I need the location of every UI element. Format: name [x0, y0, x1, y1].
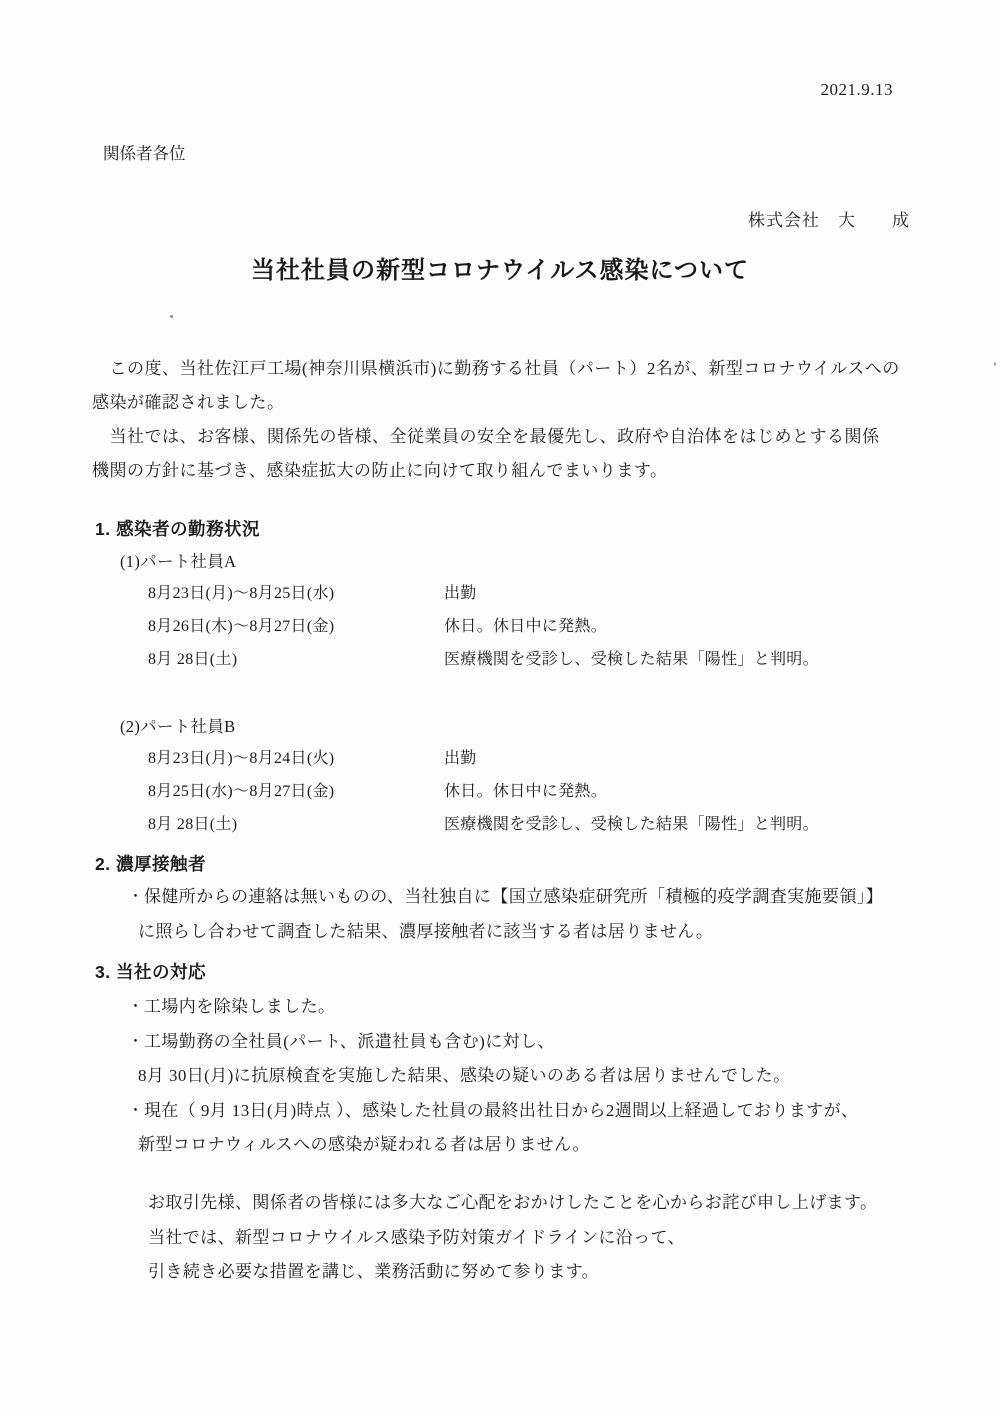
- section-3-heading: 3. 当社の対応: [95, 959, 206, 984]
- bullet-line: に照らし合わせて調査した結果、濃厚接触者に該当する者は居りません。: [138, 915, 945, 950]
- schedule-row: 8月26日(木)〜8月27日(金) 休日。休日中に発熱。: [148, 610, 940, 643]
- bullet-line: 新型コロナウィルスへの感染が疑われる者は居りません。: [138, 1128, 945, 1163]
- scan-artifact-dot: [994, 362, 996, 366]
- schedule-period: 8月26日(木)〜8月27日(金): [148, 610, 444, 643]
- schedule-status: 休日。休日中に発熱。: [444, 775, 940, 808]
- bullet-icon: ・: [128, 1025, 144, 1060]
- schedule-row: 8月25日(水)〜8月27日(金) 休日。休日中に発熱。: [148, 775, 940, 808]
- bullet-line: 保健所からの連絡は無いものの、当社独自に【国立感染症研究所「積極的疫学調査実施要…: [144, 880, 945, 915]
- bullet-icon: ・: [128, 1094, 144, 1129]
- bullet-text: 工場内を除染しました。: [144, 990, 945, 1025]
- intro-line: 感染が確認されました。: [92, 386, 920, 420]
- schedule-period: 8月 28日(土): [148, 808, 444, 841]
- bullet-item: ・ 保健所からの連絡は無いものの、当社独自に【国立感染症研究所「積極的疫学調査実…: [128, 880, 945, 949]
- bullet-line: 8月 30日(月)に抗原検査を実施した結果、感染の疑いのある者は居りませんでした…: [138, 1059, 945, 1094]
- closing-line: お取引先様、関係者の皆様には多大なご心配をおかけしたことを心からお詫び申し上げま…: [148, 1186, 940, 1221]
- bullet-text: 工場勤務の全社員(パート、派遣社員も含む)に対し、 8月 30日(月)に抗原検査…: [144, 1025, 945, 1094]
- bullet-line: 現在（ 9月 13日(月)時点 ）、感染した社員の最終出社日から2週間以上経過し…: [144, 1094, 945, 1129]
- schedule-status: 医療機関を受診し、受検した結果「陽性」と判明。: [444, 643, 940, 676]
- recipient-line: 関係者各位: [103, 140, 186, 164]
- schedule-status: 出勤: [444, 742, 940, 775]
- schedule-row: 8月23日(月)〜8月25日(水) 出勤: [148, 577, 940, 610]
- intro-line: 機関の方針に基づき、感染症拡大の防止に向けて取り組んでまいります。: [92, 454, 920, 488]
- bullet-text: 保健所からの連絡は無いものの、当社独自に【国立感染症研究所「積極的疫学調査実施要…: [144, 880, 945, 949]
- schedule-period: 8月25日(水)〜8月27日(金): [148, 775, 444, 808]
- section-3-bullets: ・ 工場内を除染しました。 ・ 工場勤務の全社員(パート、派遣社員も含む)に対し…: [128, 990, 945, 1163]
- bullet-icon: ・: [128, 990, 144, 1025]
- document-date: 2021.9.13: [821, 80, 894, 100]
- intro-paragraph: この度、当社佐江戸工場(神奈川県横浜市)に勤務する社員（パート）2名が、新型コロ…: [92, 352, 920, 488]
- schedule-period: 8月 28日(土): [148, 643, 444, 676]
- schedule-table-a: 8月23日(月)〜8月25日(水) 出勤 8月26日(木)〜8月27日(金) 休…: [148, 577, 940, 676]
- bullet-item: ・ 工場内を除染しました。: [128, 990, 945, 1025]
- schedule-row: 8月23日(月)〜8月24日(火) 出勤: [148, 742, 940, 775]
- schedule-status: 出勤: [444, 577, 940, 610]
- schedule-row: 8月 28日(土) 医療機関を受診し、受検した結果「陽性」と判明。: [148, 808, 940, 841]
- schedule-row: 8月 28日(土) 医療機関を受診し、受検した結果「陽性」と判明。: [148, 643, 940, 676]
- section-2-bullets: ・ 保健所からの連絡は無いものの、当社独自に【国立感染症研究所「積極的疫学調査実…: [128, 880, 945, 949]
- schedule-table-b: 8月23日(月)〜8月24日(火) 出勤 8月25日(水)〜8月27日(金) 休…: [148, 742, 940, 841]
- intro-line: 当社では、お客様、関係先の皆様、全従業員の安全を最優先し、政府や自治体をはじめと…: [92, 420, 920, 454]
- closing-line: 引き続き必要な措置を講じ、業務活動に努めて参ります。: [148, 1255, 940, 1290]
- bullet-item: ・ 現在（ 9月 13日(月)時点 ）、感染した社員の最終出社日から2週間以上経…: [128, 1094, 945, 1163]
- section-1-heading: 1. 感染者の勤務状況: [95, 516, 260, 541]
- schedule-period: 8月23日(月)〜8月24日(火): [148, 742, 444, 775]
- bullet-icon: ・: [128, 880, 144, 915]
- bullet-line: 工場勤務の全社員(パート、派遣社員も含む)に対し、: [144, 1025, 945, 1060]
- company-name: 株式会社 大 成: [748, 206, 910, 231]
- schedule-period: 8月23日(月)〜8月25日(水): [148, 577, 444, 610]
- bullet-text: 現在（ 9月 13日(月)時点 ）、感染した社員の最終出社日から2週間以上経過し…: [144, 1094, 945, 1163]
- subsection-a-label: (1)パート社員A: [120, 548, 236, 572]
- document-page: 2021.9.13 関係者各位 株式会社 大 成 当社社員の新型コロナウイルス感…: [0, 0, 1000, 1414]
- section-2-heading: 2. 濃厚接触者: [95, 851, 206, 876]
- intro-line: この度、当社佐江戸工場(神奈川県横浜市)に勤務する社員（パート）2名が、新型コロ…: [92, 352, 920, 386]
- document-title: 当社社員の新型コロナウイルス感染について: [0, 250, 1000, 285]
- bullet-item: ・ 工場勤務の全社員(パート、派遣社員も含む)に対し、 8月 30日(月)に抗原…: [128, 1025, 945, 1094]
- closing-paragraph: お取引先様、関係者の皆様には多大なご心配をおかけしたことを心からお詫び申し上げま…: [148, 1186, 940, 1290]
- schedule-status: 医療機関を受診し、受検した結果「陽性」と判明。: [444, 808, 940, 841]
- scan-artifact-dot: [170, 315, 173, 318]
- schedule-status: 休日。休日中に発熱。: [444, 610, 940, 643]
- closing-line: 当社では、新型コロナウイルス感染予防対策ガイドラインに沿って、: [148, 1221, 940, 1256]
- bullet-line: 工場内を除染しました。: [144, 990, 945, 1025]
- subsection-b-label: (2)パート社員B: [120, 713, 235, 737]
